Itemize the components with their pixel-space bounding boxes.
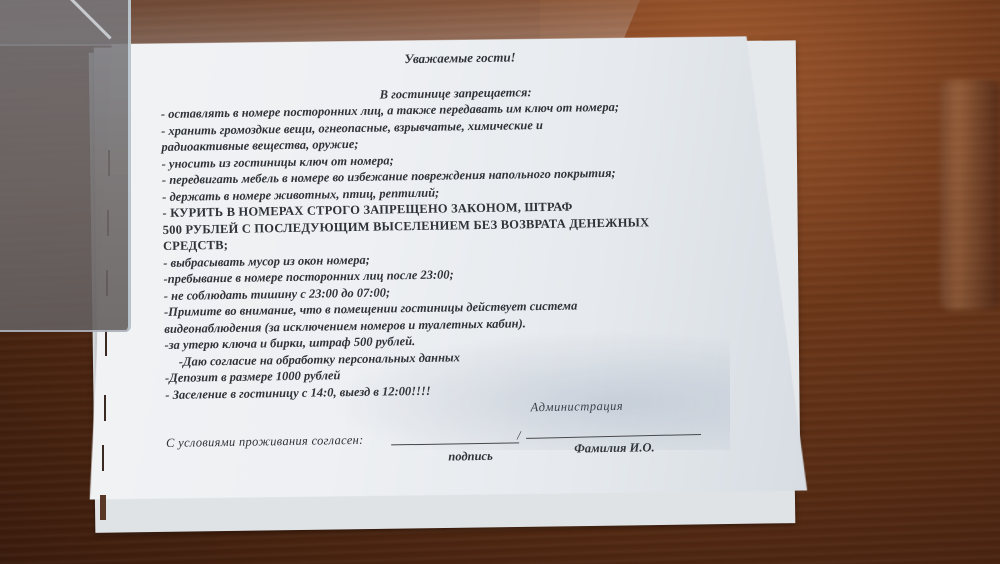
agreement-label: С условиями проживания согласен: — [166, 432, 364, 452]
signature-block: Администрация С условиями проживания сог… — [165, 396, 726, 465]
perforation-mark — [100, 495, 106, 520]
administration-label: Администрация — [530, 398, 623, 416]
signature-line — [391, 442, 519, 445]
acrylic-stand — [0, 0, 131, 332]
hotel-rules-notice: Уважаемые гости! В гостинице запрещается… — [160, 46, 726, 465]
name-caption: Фамилия И.О. — [574, 439, 655, 457]
perforation-mark — [102, 445, 104, 471]
perforation-mark — [104, 395, 106, 421]
separator-slash: / — [517, 427, 521, 444]
blurred-object — [940, 80, 1000, 310]
perforation-mark — [105, 330, 107, 356]
name-line — [526, 434, 701, 439]
signature-caption: подпись — [448, 448, 493, 465]
